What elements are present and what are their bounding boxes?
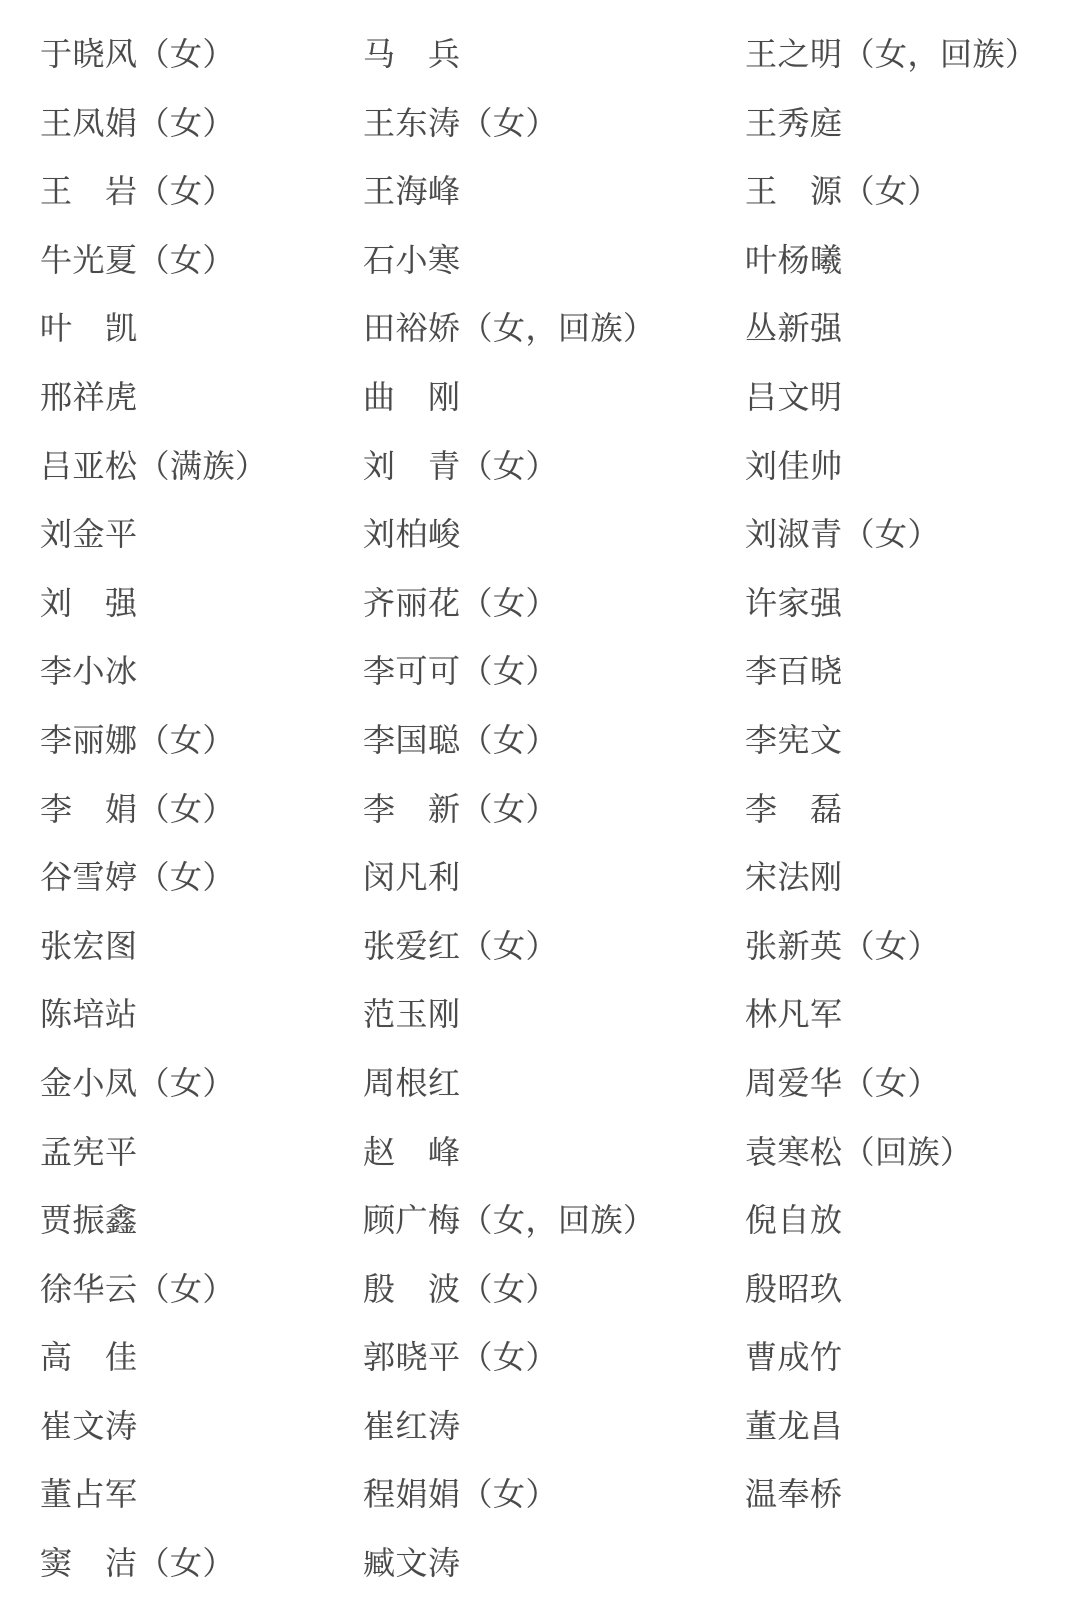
name-entry: 殷 波（女） bbox=[363, 1255, 703, 1324]
name-entry: 王秀庭 bbox=[745, 89, 1080, 158]
name-entry: 王 岩（女） bbox=[40, 157, 370, 226]
name-entry: 李百晓 bbox=[745, 637, 1080, 706]
name-entry: 孟宪平 bbox=[40, 1118, 370, 1187]
name-entry: 许家强 bbox=[745, 569, 1080, 638]
name-entry: 董龙昌 bbox=[745, 1392, 1080, 1461]
name-entry: 王 源（女） bbox=[745, 157, 1080, 226]
name-entry: 顾广梅（女，回族） bbox=[363, 1186, 703, 1255]
name-entry: 徐华云（女） bbox=[40, 1255, 370, 1324]
name-entry: 张爱红（女） bbox=[363, 912, 703, 981]
name-entry: 李丽娜（女） bbox=[40, 706, 370, 775]
name-entry: 刘 青（女） bbox=[363, 432, 703, 501]
name-entry: 吕亚松（满族） bbox=[40, 432, 370, 501]
name-entry: 郭晓平（女） bbox=[363, 1323, 703, 1392]
name-entry: 崔文涛 bbox=[40, 1392, 370, 1461]
name-entry: 王凤娟（女） bbox=[40, 89, 370, 158]
name-entry: 邢祥虎 bbox=[40, 363, 370, 432]
name-entry: 贾振鑫 bbox=[40, 1186, 370, 1255]
name-entry: 王东涛（女） bbox=[363, 89, 703, 158]
name-entry: 吕文明 bbox=[745, 363, 1080, 432]
name-entry: 窦 洁（女） bbox=[40, 1529, 370, 1598]
name-entry: 李 娟（女） bbox=[40, 775, 370, 844]
name-entry: 田裕娇（女，回族） bbox=[363, 294, 703, 363]
name-column-2: 马 兵王东涛（女）王海峰石小寒田裕娇（女，回族）曲 刚刘 青（女）刘柏峻齐丽花（… bbox=[363, 20, 703, 1598]
name-entry: 丛新强 bbox=[745, 294, 1080, 363]
name-entry: 刘金平 bbox=[40, 500, 370, 569]
name-entry: 李宪文 bbox=[745, 706, 1080, 775]
name-entry: 闵凡利 bbox=[363, 843, 703, 912]
name-entry: 周根红 bbox=[363, 1049, 703, 1118]
name-entry: 牛光夏（女） bbox=[40, 226, 370, 295]
name-entry: 崔红涛 bbox=[363, 1392, 703, 1461]
name-entry: 高 佳 bbox=[40, 1323, 370, 1392]
name-entry: 曲 刚 bbox=[363, 363, 703, 432]
name-entry: 石小寒 bbox=[363, 226, 703, 295]
name-entry: 曹成竹 bbox=[745, 1323, 1080, 1392]
name-entry: 刘佳帅 bbox=[745, 432, 1080, 501]
name-entry: 于晓风（女） bbox=[40, 20, 370, 89]
name-entry: 张宏图 bbox=[40, 912, 370, 981]
name-entry: 叶杨曦 bbox=[745, 226, 1080, 295]
name-entry: 宋法刚 bbox=[745, 843, 1080, 912]
name-entry: 刘淑青（女） bbox=[745, 500, 1080, 569]
name-entry: 金小凤（女） bbox=[40, 1049, 370, 1118]
name-entry: 张新英（女） bbox=[745, 912, 1080, 981]
name-entry: 臧文涛 bbox=[363, 1529, 703, 1598]
name-entry: 王海峰 bbox=[363, 157, 703, 226]
name-entry: 刘柏峻 bbox=[363, 500, 703, 569]
name-entry: 周爱华（女） bbox=[745, 1049, 1080, 1118]
name-entry: 程娟娟（女） bbox=[363, 1460, 703, 1529]
name-entry: 陈培站 bbox=[40, 980, 370, 1049]
name-entry: 袁寒松（回族） bbox=[745, 1118, 1080, 1187]
name-entry: 叶 凯 bbox=[40, 294, 370, 363]
name-entry: 李小冰 bbox=[40, 637, 370, 706]
name-column-1: 于晓风（女）王凤娟（女）王 岩（女）牛光夏（女）叶 凯邢祥虎吕亚松（满族）刘金平… bbox=[40, 20, 370, 1598]
name-entry: 殷昭玖 bbox=[745, 1255, 1080, 1324]
name-entry: 齐丽花（女） bbox=[363, 569, 703, 638]
name-entry: 李 磊 bbox=[745, 775, 1080, 844]
name-entry: 范玉刚 bbox=[363, 980, 703, 1049]
name-entry: 谷雪婷（女） bbox=[40, 843, 370, 912]
name-entry: 刘 强 bbox=[40, 569, 370, 638]
name-entry: 温奉桥 bbox=[745, 1460, 1080, 1529]
name-entry: 董占军 bbox=[40, 1460, 370, 1529]
name-entry: 林凡军 bbox=[745, 980, 1080, 1049]
name-entry: 李可可（女） bbox=[363, 637, 703, 706]
name-entry: 赵 峰 bbox=[363, 1118, 703, 1187]
name-entry: 王之明（女，回族） bbox=[745, 20, 1080, 89]
name-entry: 李国聪（女） bbox=[363, 706, 703, 775]
name-entry: 倪自放 bbox=[745, 1186, 1080, 1255]
name-entry: 马 兵 bbox=[363, 20, 703, 89]
name-entry: 李 新（女） bbox=[363, 775, 703, 844]
name-column-3: 王之明（女，回族）王秀庭王 源（女）叶杨曦丛新强吕文明刘佳帅刘淑青（女）许家强李… bbox=[745, 20, 1080, 1529]
